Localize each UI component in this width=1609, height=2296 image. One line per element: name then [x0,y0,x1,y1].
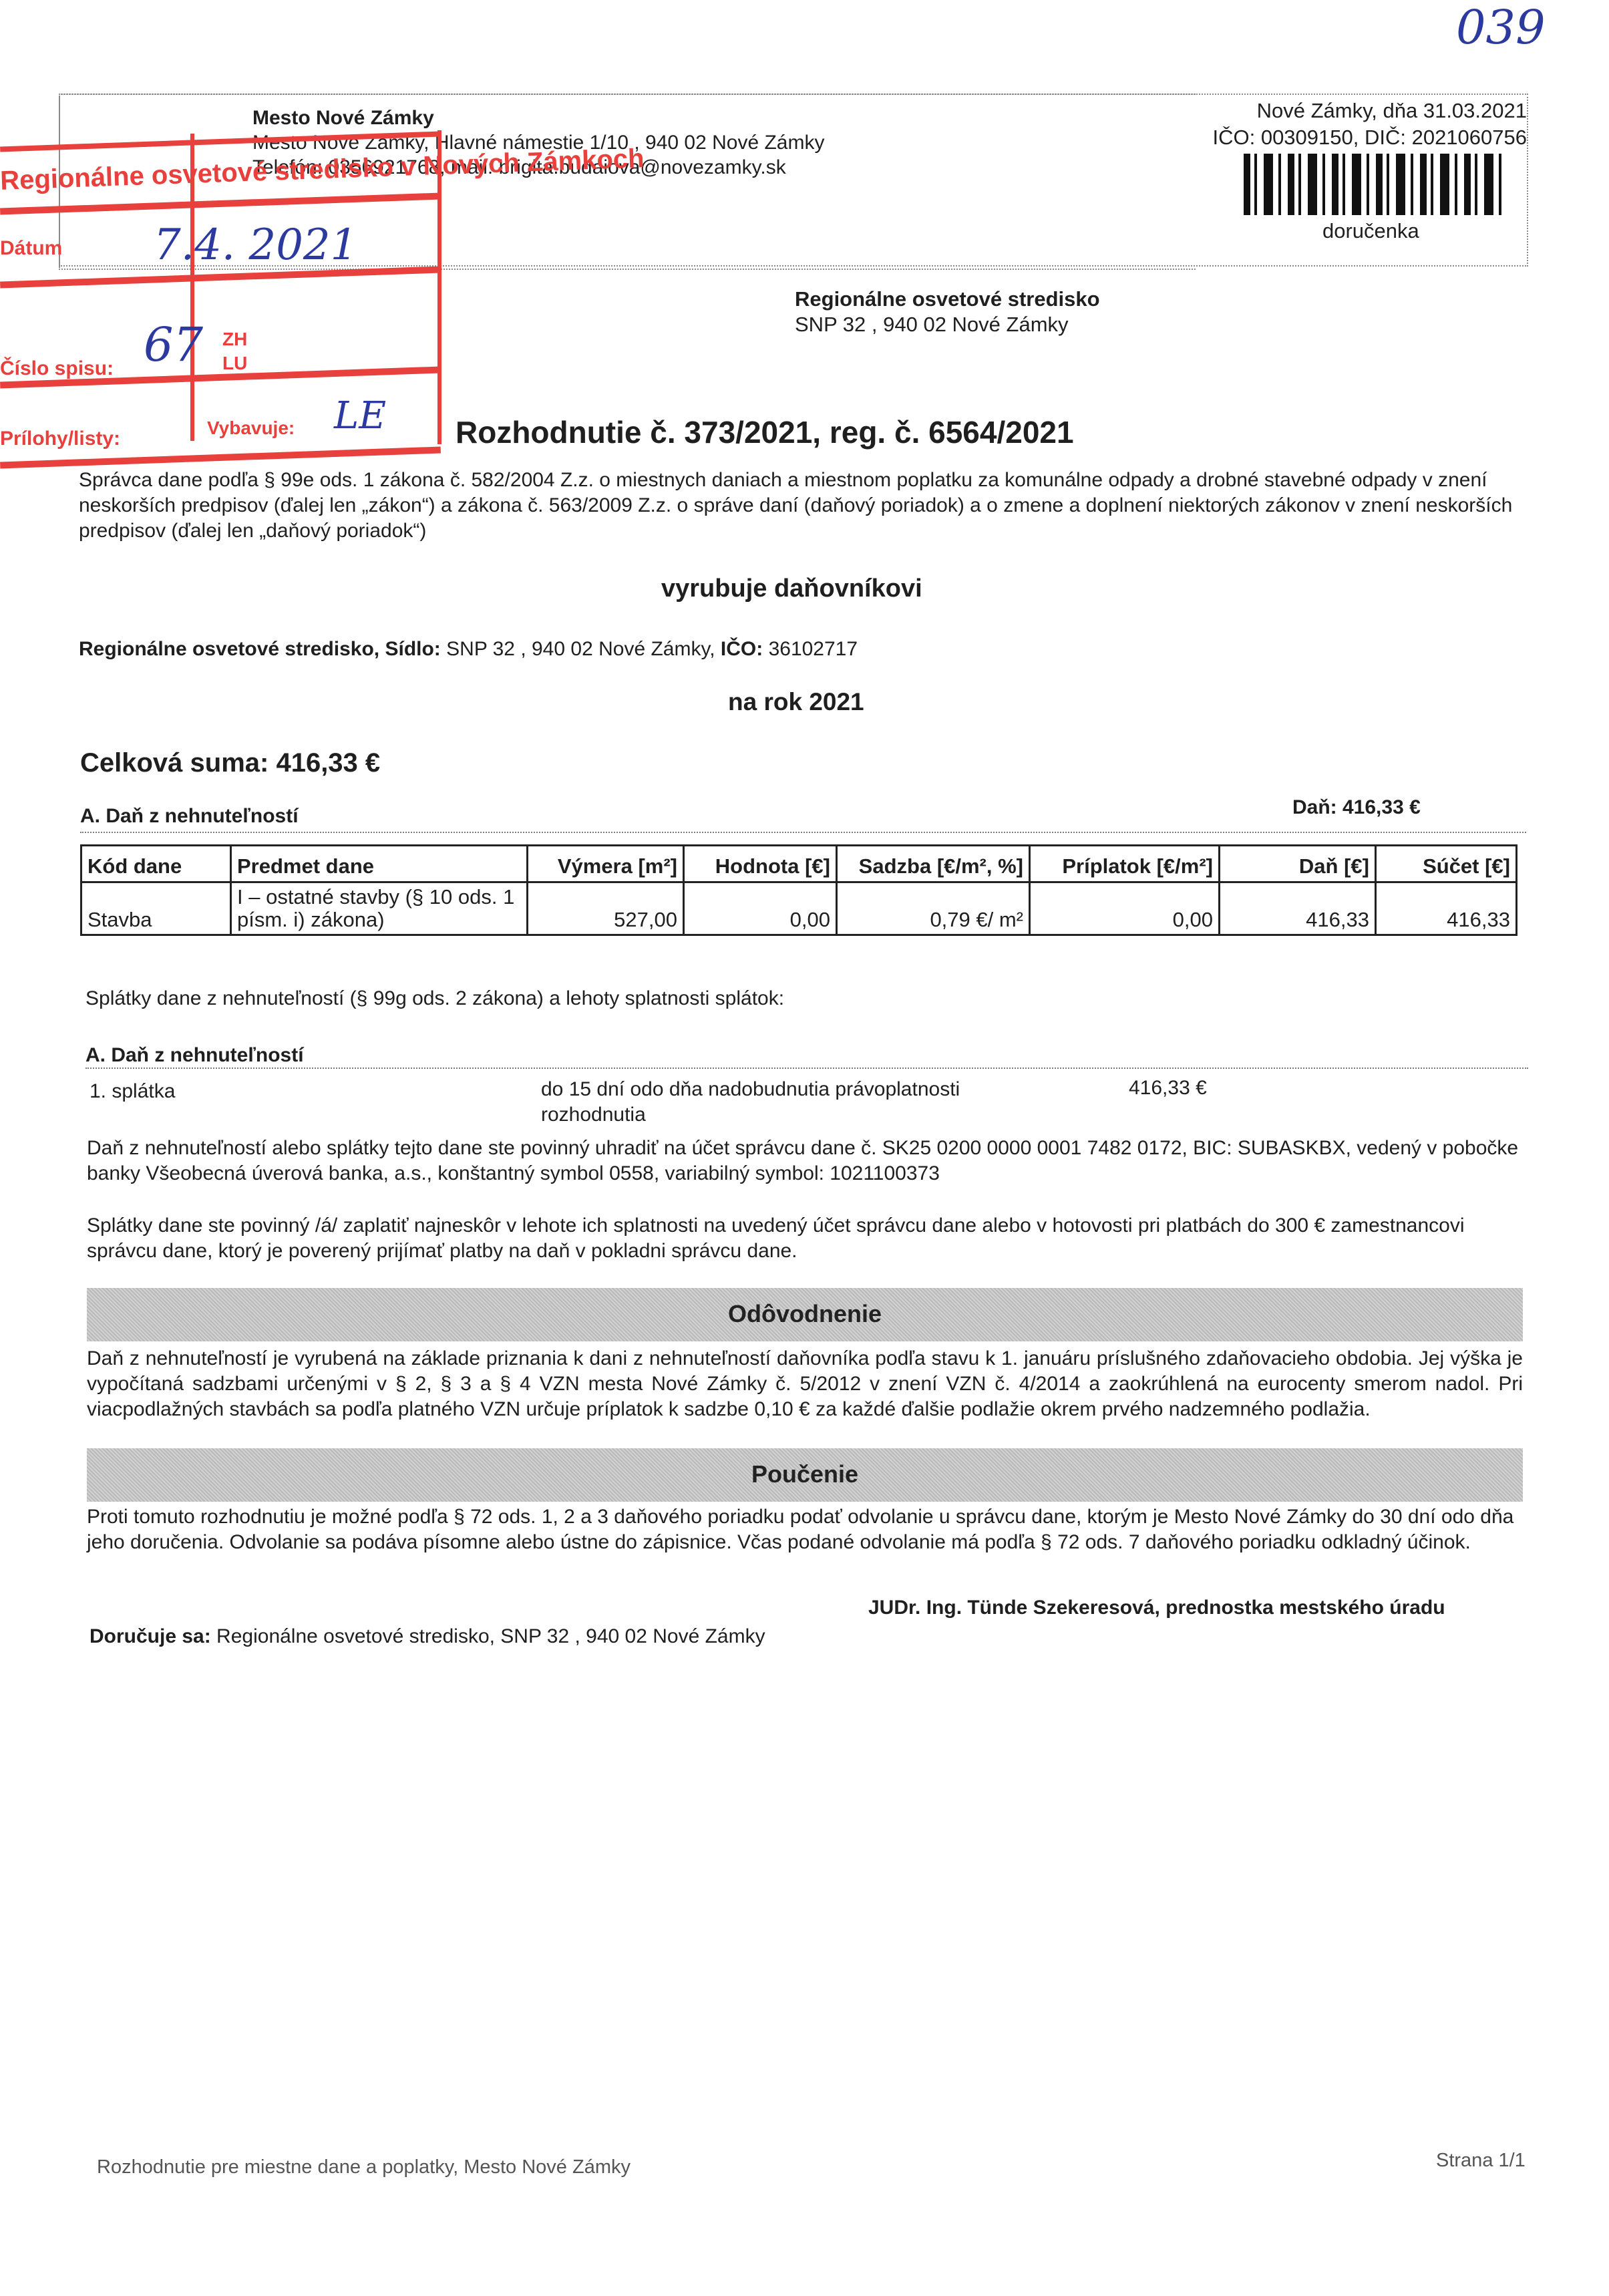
delivery-line: Doručuje sa: Regionálne osvetové stredis… [90,1625,765,1648]
taxpayer-line: Regionálne osvetové stredisko, Sídlo: SN… [79,638,858,661]
col-hodnota: Hodnota [€] [684,846,837,882]
taxpayer-ico: 36102717 [763,638,858,660]
cell-priplatok: 0,00 [1030,882,1220,935]
stamp-prilohy-label: Prílohy/listy: [0,428,120,450]
installments-section-title: A. Daň z nehnuteľností [85,1044,304,1067]
stamp-cislo-label: Číslo spisu: [0,357,114,380]
barcode-label: doručenka [1322,219,1419,243]
col-dan: Daň [€] [1220,846,1376,882]
handwritten-page-number: 039 [1456,0,1546,55]
delivery-value: Regionálne osvetové stredisko, SNP 32 , … [211,1625,765,1647]
taxpayer-ico-label: IČO: [721,638,763,660]
cell-hodnota: 0,00 [684,882,837,935]
col-predmet-dane: Predmet dane [231,846,528,882]
signature: JUDr. Ing. Tünde Szekeresová, prednostka… [868,1597,1445,1619]
col-priplatok: Príplatok [€/m²] [1030,846,1220,882]
tax-table: Kód dane Predmet dane Výmera [m²] Hodnot… [80,844,1517,936]
stamp-datum-value: 7.4. 2021 [154,220,357,270]
cell-vymera: 527,00 [528,882,684,935]
taxpayer-address: SNP 32 , 940 02 Nové Zámky, [441,638,721,660]
instruction-band: Poučenie [87,1448,1523,1502]
stamp-cislo-value: 67 [144,317,203,372]
col-sadzba: Sadzba [€/m², %] [837,846,1030,882]
footer-left: Rozhodnutie pre miestne dane a poplatky,… [97,2156,631,2178]
installments-intro: Splátky dane z nehnuteľností (§ 99g ods.… [85,987,784,1010]
recipient-name: Regionálne osvetové stredisko [795,287,1100,311]
installments-rule [85,1068,1528,1069]
installment-label: 1. splátka [90,1080,175,1103]
reasoning-title: Odôvodnenie [87,1300,1523,1328]
ico-dic: IČO: 00309150, DIČ: 2021060756 [1212,126,1527,150]
section-a-tax: Daň: 416,33 € [1292,796,1421,819]
cell-kod-dane: Stavba [81,882,231,935]
stamp-vybavuje-value: LE [334,394,386,438]
installment-amount: 416,33 € [1129,1077,1207,1100]
footer-right: Strana 1/1 [1436,2150,1526,2172]
col-kod-dane: Kód dane [81,846,231,882]
col-sucet: Súčet [€] [1376,846,1517,882]
installment-deadline: do 15 dní odo dňa nadobudnutia právoplat… [541,1077,1009,1128]
instruction-text: Proti tomuto rozhodnutiu je možné podľa … [87,1504,1523,1555]
sender-name: Mesto Nové Zámky [252,107,434,130]
decision-title: Rozhodnutie č. 373/2021, reg. č. 6564/20… [456,414,1074,450]
intro-paragraph: Správca dane podľa § 99e ods. 1 zákona č… [79,468,1528,544]
stamp-datum-label: Dátum [0,237,62,260]
barcode [1244,154,1508,215]
section-a-rule [80,832,1526,833]
payment-deadline: Splátky dane ste povinný /á/ zaplatiť na… [87,1213,1523,1264]
reasoning-band: Odôvodnenie [87,1288,1523,1341]
stamp-codes: ZH LU [222,327,247,375]
taxpayer-name: Regionálne osvetové stredisko, Sídlo: [79,638,441,660]
place-date: Nové Zámky, dňa 31.03.2021 [1257,99,1527,123]
instruction-title: Poučenie [87,1460,1523,1488]
stamp-vybavuje-label: Vybavuje: [207,418,295,439]
cell-dan: 416,33 [1220,882,1376,935]
vyrubuje-heading: vyrubuje daňovníkovi [661,575,922,603]
delivery-label: Doručuje sa: [90,1625,211,1647]
total-sum: Celková suma: 416,33 € [80,748,380,778]
reasoning-text: Daň z nehnuteľností je vyrubená na zákla… [87,1346,1523,1422]
year-line: na rok 2021 [728,688,864,716]
payment-info: Daň z nehnuteľností alebo splátky tejto … [87,1136,1523,1186]
table-row: Stavba I – ostatné stavby (§ 10 ods. 1 p… [81,882,1517,935]
section-a-title: A. Daň z nehnuteľností [80,805,299,828]
cell-predmet-dane: I – ostatné stavby (§ 10 ods. 1 písm. i)… [231,882,528,935]
cell-sucet: 416,33 [1376,882,1517,935]
recipient-address: SNP 32 , 940 02 Nové Zámky [795,313,1069,337]
col-vymera: Výmera [m²] [528,846,684,882]
cell-sadzba: 0,79 €/ m² [837,882,1030,935]
